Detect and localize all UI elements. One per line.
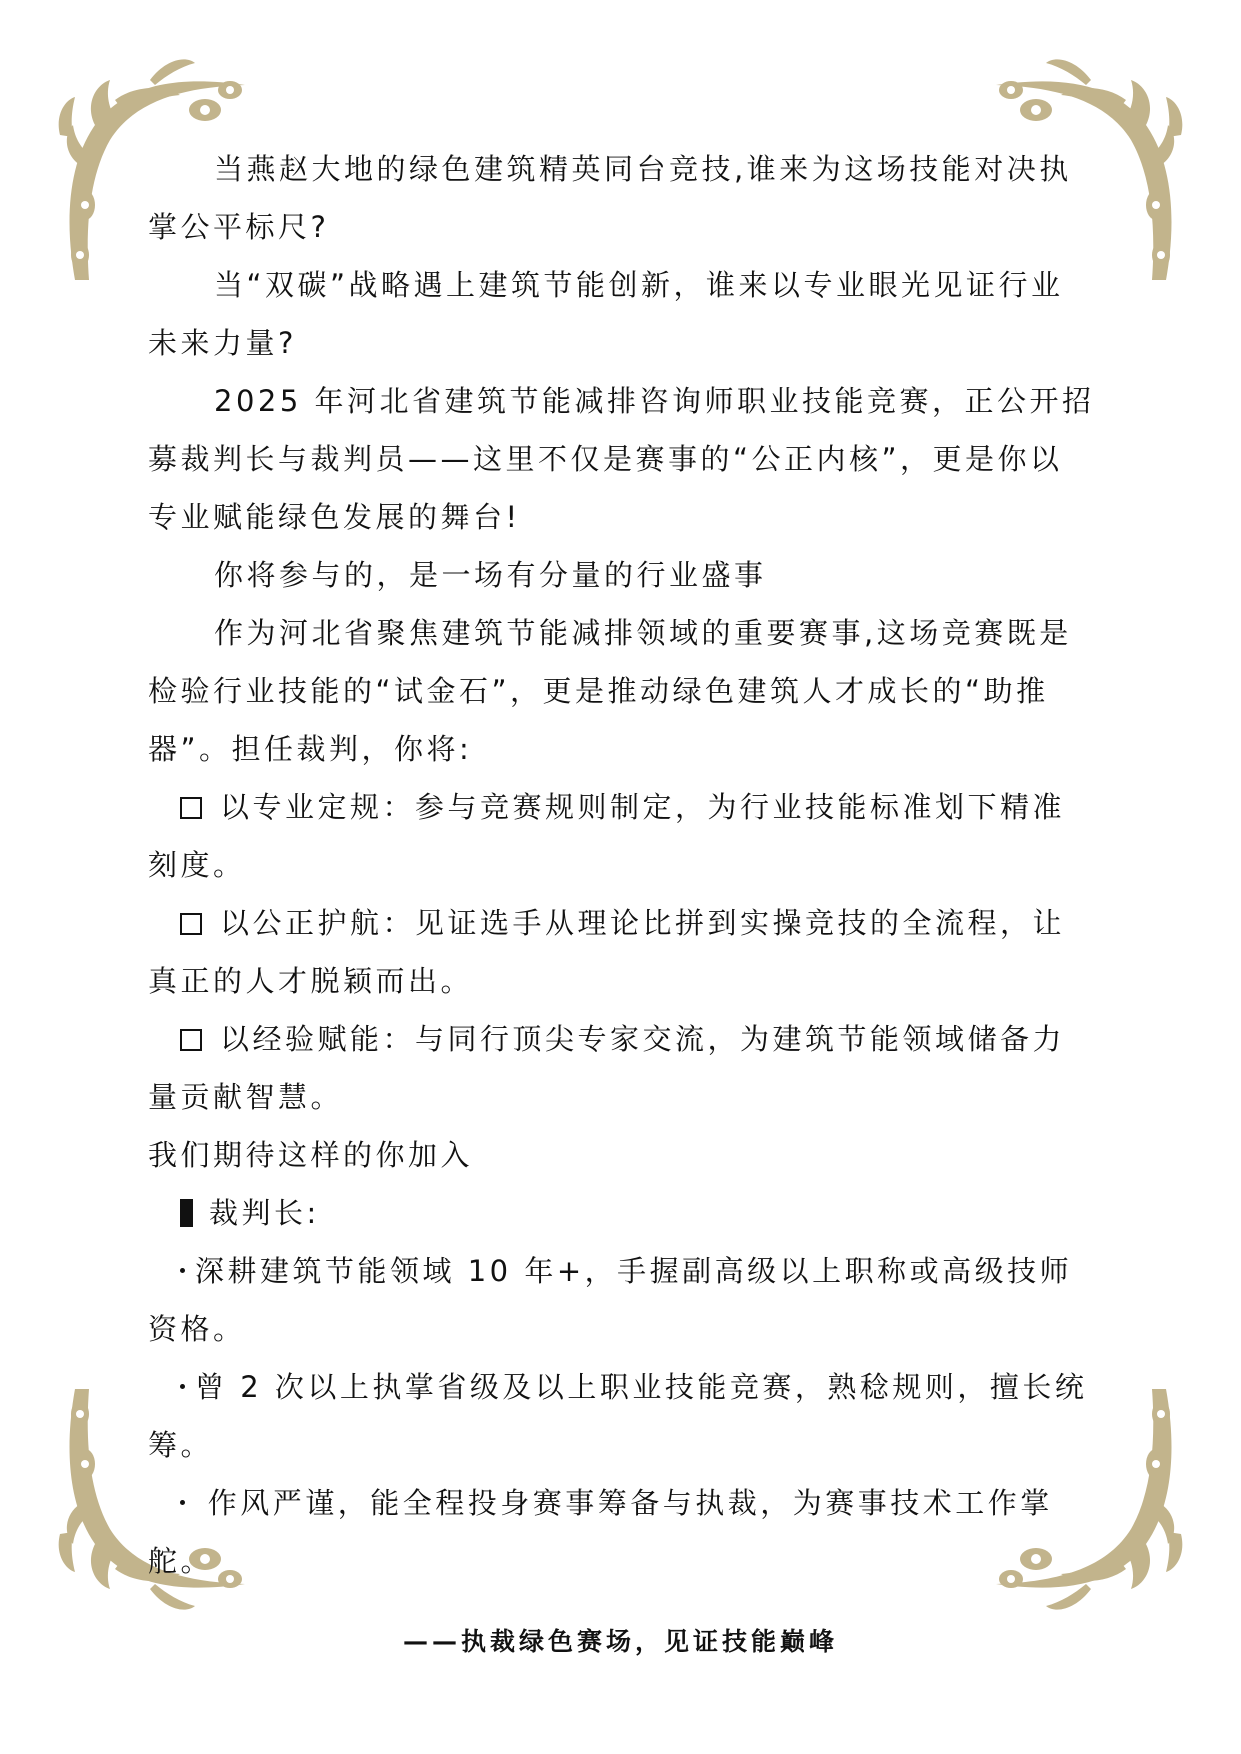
checklist-text: 以经验赋能：与同行顶尖专家交流，为建筑节能领域储备力 — [220, 1022, 1065, 1056]
text-line: 器”。担任裁判，你将: — [148, 720, 1095, 778]
bullet-icon — [180, 1500, 185, 1505]
checklist-text: 以公正护航：见证选手从理论比拼到实操竞技的全流程，让 — [220, 906, 1065, 940]
checkbox-icon — [180, 913, 202, 935]
text-line: 真正的人才脱颖而出。 — [148, 952, 1095, 1010]
text-line: 掌公平标尺? — [148, 198, 1095, 256]
document-body: 当燕赵大地的绿色建筑精英同台竞技,谁来为这场技能对决执 掌公平标尺? 当“双碳”… — [148, 140, 1095, 1590]
checklist-item: 以专业定规：参与竞赛规则制定，为行业技能标准划下精准 刻度。 — [148, 778, 1095, 894]
text-line: 当燕赵大地的绿色建筑精英同台竞技,谁来为这场技能对决执 — [148, 140, 1095, 198]
text-line: 你将参与的，是一场有分量的行业盛事 — [148, 546, 1095, 604]
checkbox-icon — [180, 1029, 202, 1051]
role-heading: 裁判长: — [148, 1184, 1095, 1242]
requirement-item: 深耕建筑节能领域 10 年+，手握副高级以上职称或高级技师 资格。 — [148, 1242, 1095, 1358]
requirement-item: 曾 2 次以上执掌省级及以上职业技能竞赛，熟稔规则，擅长统 筹。 — [148, 1358, 1095, 1474]
role-title: 裁判长: — [209, 1196, 320, 1230]
text-line: 资格。 — [148, 1300, 1095, 1358]
block-marker-icon — [180, 1199, 193, 1227]
section-heading: 我们期待这样的你加入 — [148, 1126, 1095, 1184]
text-line: 筹。 — [148, 1416, 1095, 1474]
text-line: 募裁判长与裁判员——这里不仅是赛事的“公正内核”，更是你以 — [148, 430, 1095, 488]
text-line: 未来力量? — [148, 314, 1095, 372]
text-line: 检验行业技能的“试金石”，更是推动绿色建筑人才成长的“助推 — [148, 662, 1095, 720]
text-line: 当“双碳”战略遇上建筑节能创新，谁来以专业眼光见证行业 — [148, 256, 1095, 314]
footer-slogan: ——执裁绿色赛场，见证技能巅峰 — [0, 1622, 1241, 1658]
bullet-icon — [180, 1384, 185, 1389]
bullet-icon — [180, 1268, 185, 1273]
checklist-text: 以专业定规：参与竞赛规则制定，为行业技能标准划下精准 — [220, 790, 1065, 824]
text-line: 作为河北省聚焦建筑节能减排领域的重要赛事,这场竞赛既是 — [148, 604, 1095, 662]
requirement-item: 作风严谨，能全程投身赛事筹备与执裁，为赛事技术工作掌 舵。 — [148, 1474, 1095, 1590]
requirement-text: 作风严谨，能全程投身赛事筹备与执裁，为赛事技术工作掌 — [195, 1486, 1053, 1520]
requirement-text: 曾 2 次以上执掌省级及以上职业技能竞赛，熟稔规则，擅长统 — [195, 1370, 1087, 1404]
checklist-item: 以经验赋能：与同行顶尖专家交流，为建筑节能领域储备力 量贡献智慧。 — [148, 1010, 1095, 1126]
text-line: 舵。 — [148, 1532, 1095, 1590]
text-line: 2025 年河北省建筑节能减排咨询师职业技能竞赛，正公开招 — [148, 372, 1095, 430]
paragraph-subheading: 你将参与的，是一场有分量的行业盛事 — [148, 546, 1095, 604]
text-line: 量贡献智慧。 — [148, 1068, 1095, 1126]
checklist-item: 以公正护航：见证选手从理论比拼到实操竞技的全流程，让 真正的人才脱颖而出。 — [148, 894, 1095, 1010]
checkbox-icon — [180, 797, 202, 819]
text-line: 刻度。 — [148, 836, 1095, 894]
paragraph-announcement: 2025 年河北省建筑节能减排咨询师职业技能竞赛，正公开招 募裁判长与裁判员——… — [148, 372, 1095, 546]
requirement-text: 深耕建筑节能领域 10 年+，手握副高级以上职称或高级技师 — [195, 1254, 1072, 1288]
text-line: 专业赋能绿色发展的舞台! — [148, 488, 1095, 546]
paragraph-event-description: 作为河北省聚焦建筑节能减排领域的重要赛事,这场竞赛既是 检验行业技能的“试金石”… — [148, 604, 1095, 778]
paragraph-intro-2: 当“双碳”战略遇上建筑节能创新，谁来以专业眼光见证行业 未来力量? — [148, 256, 1095, 372]
paragraph-intro-1: 当燕赵大地的绿色建筑精英同台竞技,谁来为这场技能对决执 掌公平标尺? — [148, 140, 1095, 256]
